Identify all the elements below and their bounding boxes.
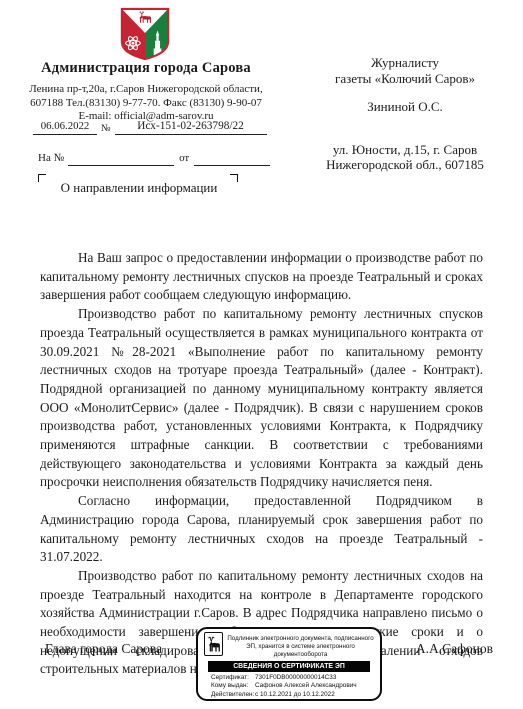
sarov-coat-of-arms-icon — [119, 7, 171, 66]
esign-stamp-header: Подлинник электронного документа, подпис… — [204, 632, 374, 659]
issued-value: Сафонов Алексей Александрович — [255, 682, 357, 689]
cert-valid-line: Действителен:с 10.12.2021 до 10.12.2022 — [211, 691, 374, 699]
recipient-name: Зининой О.С. — [312, 99, 498, 115]
recipient-role-line2: газеты «Колючий Саров» — [312, 71, 498, 87]
letter-subject: О направлении информации — [46, 180, 232, 196]
letter-page: Администрация города Сарова Ленина пр-т,… — [0, 0, 523, 709]
org-address: Ленина пр-т,20а, г.Саров Нижегородской о… — [6, 83, 286, 124]
date-number-row: 06.06.2022 № Исх-151-02-263798/22 — [33, 120, 267, 135]
recipient-role-line1: Журналисту — [312, 55, 498, 71]
ref-label: На № — [38, 152, 64, 166]
esign-certificate-details: Сертификат:7301F0DB00000000014C33 Кому в… — [204, 674, 374, 699]
body-paragraph-3: Согласно информации, предоставленной Под… — [40, 492, 483, 567]
letter-date: 06.06.2022 — [33, 120, 97, 135]
body-paragraph-1: На Ваш запрос о предоставлении информаци… — [40, 249, 483, 305]
recipient-block: Журналисту газеты «Колючий Саров» Зинино… — [312, 55, 498, 173]
valid-label: Действителен: — [211, 691, 255, 699]
issued-label: Кому выдан: — [211, 682, 255, 690]
esign-stamp-statement: Подлинник электронного документа, подпис… — [227, 632, 374, 659]
letter-body: На Ваш запрос о предоставлении информаци… — [40, 249, 483, 679]
number-sign: № — [101, 123, 111, 135]
recipient-address-line2: Нижегородской обл., 607185 — [312, 157, 498, 173]
cert-label: Сертификат: — [211, 674, 255, 682]
ref-from-label: от — [179, 152, 189, 166]
ref-date-blank — [194, 163, 270, 166]
org-name: Администрация города Сарова — [12, 60, 280, 77]
outgoing-number: Исх-151-02-263798/22 — [115, 120, 267, 135]
deer-icon — [204, 632, 223, 656]
signer-name: А.А.Сафонов — [416, 641, 493, 657]
valid-value: с 10.12.2021 до 10.12.2022 — [255, 691, 335, 698]
esign-stamp: Подлинник электронного документа, подпис… — [196, 627, 382, 701]
org-address-line1: Ленина пр-т,20а, г.Саров Нижегородской о… — [6, 83, 286, 97]
org-address-line2: 607188 Тел.(83130) 9-77-70. Факс (83130)… — [6, 97, 286, 111]
reference-row: На № от — [38, 152, 270, 166]
esign-certificate-bar: СВЕДЕНИЯ О СЕРТИФИКАТЕ ЭП — [208, 661, 370, 672]
body-paragraph-2: Производство работ по капитальному ремон… — [40, 305, 483, 492]
cert-value: 7301F0DB00000000014C33 — [255, 674, 336, 681]
signer-position: Глава города Сарова — [45, 641, 162, 657]
ref-number-blank — [68, 163, 174, 166]
cert-issued-line: Кому выдан:Сафонов Алексей Александрович — [211, 682, 374, 690]
recipient-address-line1: ул. Юности, д.15, г. Саров — [312, 142, 498, 158]
address-frame-corner-left — [38, 174, 46, 182]
